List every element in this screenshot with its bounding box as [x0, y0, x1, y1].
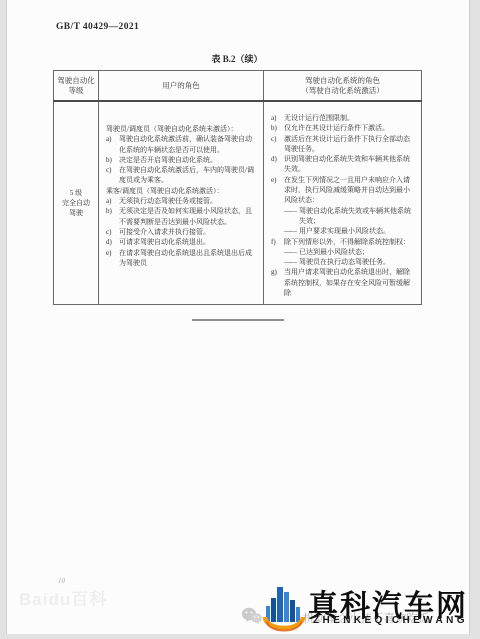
- page-number: 10: [58, 577, 65, 585]
- list-item: ——驾驶自动化系统失效或车辆其他系统失效；: [271, 206, 416, 227]
- column-header-level: 驾驶自动化 等级: [54, 71, 99, 102]
- list-item-text: 驾驶员/调度员（驾驶自动化系统未激活）：: [106, 124, 258, 134]
- list-item: e)在发生下列情况之一且用户未响应介入请求时，执行风险减缓策略并自动达到最小风险…: [271, 175, 416, 206]
- cell-user-role: 驾驶员/调度员（驾驶自动化系统未激活）：a)驾驶自动化系统激活前，确认装备驾驶自…: [99, 101, 264, 305]
- list-item-text: 在请求驾驶自动化系统退出且系统退出后成为驾驶员: [119, 248, 258, 269]
- list-item-text: 激活后在其设计运行条件下执行全部动态驾驶任务。: [284, 134, 416, 155]
- list-item-text: 无须决定是否及如何实现最小风险状态，且不需要判断是否达到最小风险状态。: [119, 206, 258, 227]
- list-item: 5 级: [55, 188, 97, 198]
- list-item: d)可请求驾驶自动化系统退出。: [106, 237, 258, 247]
- list-item-label: g): [271, 267, 284, 277]
- list-item-text: 在驾驶自动化系统激活后，车内的驾驶员/调度员或为乘客。: [119, 165, 258, 186]
- list-item: 完全自动: [55, 198, 97, 208]
- list-item-text: 除下列情形以外，不得解除系统控制权：: [284, 237, 416, 247]
- brand-romanized-watermark: ZHENKEQICHEWANG: [313, 615, 468, 626]
- list-item-label: c): [271, 134, 284, 144]
- list-item: a)无设计运行范围限制。: [271, 113, 416, 123]
- list-item: 驾驶员/调度员（驾驶自动化系统未激活）：: [106, 124, 258, 134]
- list-item: a)无须执行动态驾驶任务或接管。: [106, 196, 258, 206]
- list-item-label: f): [271, 237, 284, 247]
- list-item-text: 当用户请求驾驶自动化系统退出时，解除系统控制权，如果存在安全风险可暂缓解除: [284, 267, 416, 298]
- table-row-level5: 5 级完全自动驾驶 驾驶员/调度员（驾驶自动化系统未激活）：a)驾驶自动化系统激…: [54, 101, 422, 305]
- list-item-label: ——: [284, 257, 299, 267]
- brand-building-logo-icon: [261, 583, 307, 638]
- cell-automation-level: 5 级完全自动驾驶: [54, 101, 99, 305]
- list-item-label: d): [271, 154, 284, 164]
- list-item-text: 驾驶员在执行动态驾驶任务。: [299, 257, 416, 267]
- scanned-page-canvas: GB/T 40429—2021 表 B.2（续） 驾驶自动化 等级 用户的角色 …: [0, 0, 480, 639]
- list-item-label: a): [271, 113, 284, 123]
- list-item-label: ——: [284, 226, 299, 236]
- list-item-label: ——: [284, 206, 299, 216]
- document-page: GB/T 40429—2021 表 B.2（续） 驾驶自动化 等级 用户的角色 …: [6, 0, 470, 634]
- list-item-text: 乘客/调度员（驾驶自动化系统激活）：: [106, 186, 258, 196]
- table-header-row: 驾驶自动化 等级 用户的角色 驾驶自动化系统的角色 （驾驶自动化系统激活）: [54, 71, 422, 102]
- list-item-label: c): [106, 165, 119, 175]
- list-item-text: 已达到最小风险状态；: [299, 247, 416, 257]
- list-item-label: e): [271, 175, 284, 185]
- list-item-label: ——: [284, 247, 299, 257]
- list-item-label: b): [106, 155, 119, 165]
- list-item-label: a): [106, 196, 119, 206]
- list-item: c)可接受介入请求并执行接管。: [106, 227, 258, 237]
- list-item: ——已达到最小风险状态；: [271, 247, 416, 257]
- list-item-text: 可接受介入请求并执行接管。: [119, 227, 258, 237]
- list-item: b)无须决定是否及如何实现最小风险状态，且不需要判断是否达到最小风险状态。: [106, 206, 258, 227]
- column-header-level-line2: 等级: [55, 86, 97, 96]
- list-item: ——用户要求实现最小风险状态。: [271, 226, 416, 236]
- list-item-label: b): [271, 123, 284, 133]
- list-item: ——驾驶员在执行动态驾驶任务。: [271, 257, 416, 267]
- list-item: b)仅允许在其设计运行条件下激活。: [271, 123, 416, 133]
- column-header-system-role-line1: 驾驶自动化系统的角色: [265, 76, 420, 86]
- table-b2: 驾驶自动化 等级 用户的角色 驾驶自动化系统的角色 （驾驶自动化系统激活） 5 …: [53, 70, 422, 305]
- baidu-baike-watermark: Baidu百科: [19, 585, 107, 610]
- list-item-text: 无设计运行范围限制。: [284, 113, 416, 123]
- list-item-text: 驾驶自动化系统激活前，确认装备驾驶自动化系统的车辆状态是否可以使用。: [119, 134, 258, 155]
- list-item-label: c): [106, 227, 119, 237]
- list-item: c)激活后在其设计运行条件下执行全部动态驾驶任务。: [271, 134, 416, 155]
- list-item: 驾驶: [55, 208, 97, 218]
- list-item: g)当用户请求驾驶自动化系统退出时，解除系统控制权，如果存在安全风险可暂缓解除: [271, 267, 416, 298]
- list-item-text: 可请求驾驶自动化系统退出。: [119, 237, 258, 247]
- column-header-system-role: 驾驶自动化系统的角色 （驾驶自动化系统激活）: [264, 71, 422, 102]
- list-item-text: 仅允许在其设计运行条件下激活。: [284, 123, 416, 133]
- list-item-label: b): [106, 206, 119, 216]
- wechat-icon: [241, 606, 263, 631]
- column-header-level-line1: 驾驶自动化: [55, 76, 97, 86]
- list-item-text: 无须执行动态驾驶任务或接管。: [119, 196, 258, 206]
- list-item-text: 决定是否开启驾驶自动化系统。: [119, 155, 258, 165]
- list-item-text: 用户要求实现最小风险状态。: [299, 226, 416, 236]
- standard-number: GB/T 40429—2021: [56, 22, 139, 32]
- list-item: a)驾驶自动化系统激活前，确认装备驾驶自动化系统的车辆状态是否可以使用。: [106, 134, 258, 155]
- list-item-label: a): [106, 134, 119, 144]
- list-item: c)在驾驶自动化系统激活后，车内的驾驶员/调度员或为乘客。: [106, 165, 258, 186]
- list-item: 乘客/调度员（驾驶自动化系统激活）：: [106, 186, 258, 196]
- table-title: 表 B.2（续）: [53, 52, 421, 65]
- list-item-text: 识别驾驶自动化系统失效和车辆其他系统失效。: [284, 154, 416, 175]
- list-item-label: e): [106, 248, 119, 258]
- list-item-text: 在发生下列情况之一且用户未响应介入请求时，执行风险减缓策略并自动达到最小风险状态…: [284, 175, 416, 206]
- list-item-text: 驾驶自动化系统失效或车辆其他系统失效；: [299, 206, 416, 227]
- list-item: b)决定是否开启驾驶自动化系统。: [106, 155, 258, 165]
- cell-system-role: a)无设计运行范围限制。b)仅允许在其设计运行条件下激活。c)激活后在其设计运行…: [264, 101, 422, 305]
- list-item-label: d): [106, 237, 119, 247]
- list-item: d)识别驾驶自动化系统失效和车辆其他系统失效。: [271, 154, 416, 175]
- list-item: f)除下列情形以外，不得解除系统控制权：: [271, 237, 416, 247]
- column-header-system-role-line2: （驾驶自动化系统激活）: [265, 86, 420, 96]
- column-header-user-role: 用户的角色: [99, 71, 264, 102]
- end-of-table-rule: [192, 319, 284, 321]
- list-item: e)在请求驾驶自动化系统退出且系统退出后成为驾驶员: [106, 248, 258, 269]
